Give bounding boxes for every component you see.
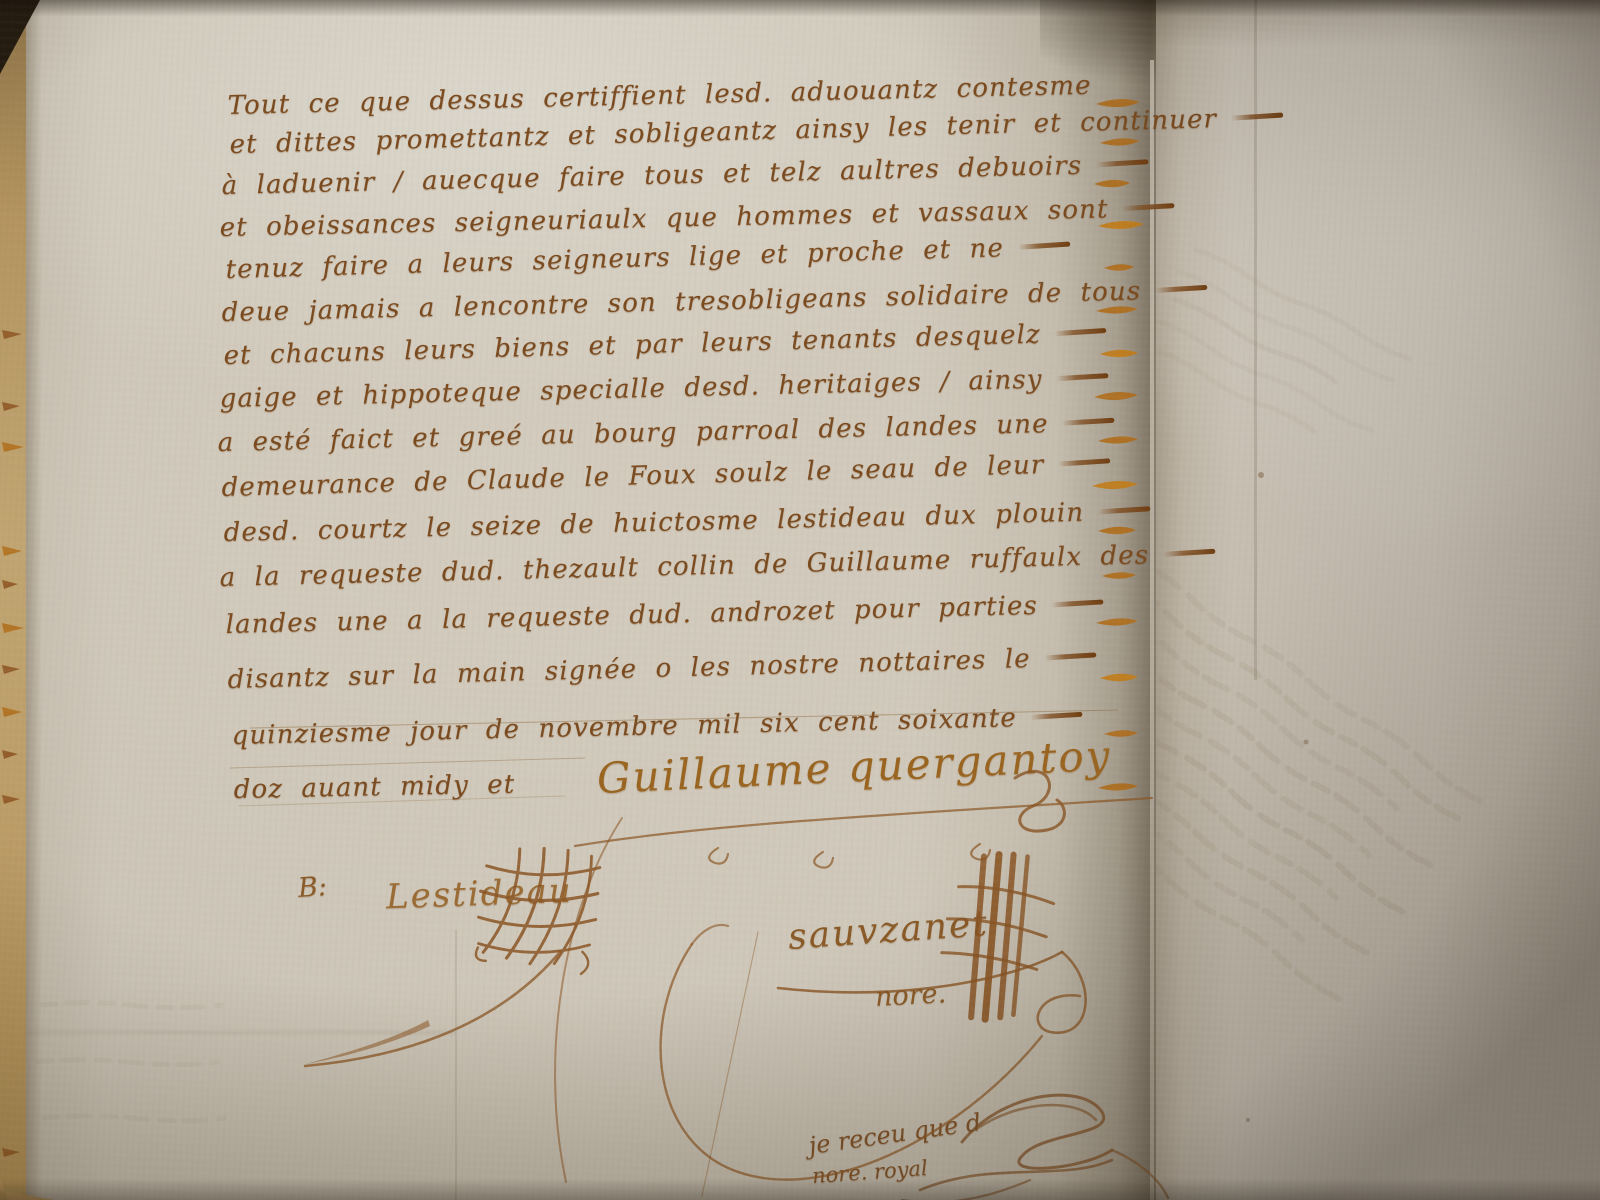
signature-lestideau: Lestideau	[385, 871, 573, 917]
signature-notary-abbrev: nore.	[874, 978, 947, 1013]
manuscript-line: doz auant midy et	[233, 771, 515, 805]
foxing-speck	[1246, 1118, 1250, 1122]
horizontal-crease-left-page	[26, 1028, 456, 1037]
show-through-ghost-text	[1156, 0, 1600, 1200]
page-left-edge-shadow	[26, 0, 42, 1200]
foxing-speck	[1304, 740, 1309, 745]
signature-initial-left: B:	[297, 871, 328, 904]
facing-verso-page	[1156, 0, 1600, 1200]
vertical-crease-right-page	[1254, 0, 1257, 680]
foxing-speck	[1258, 472, 1264, 478]
manuscript-photo: Tout ce que dessus certiffient lesd. adu…	[0, 0, 1600, 1200]
vertical-crease-left-page	[455, 930, 457, 1200]
page-fold-edge-highlight	[1150, 60, 1154, 1200]
underlying-page-edge	[0, 0, 28, 1200]
